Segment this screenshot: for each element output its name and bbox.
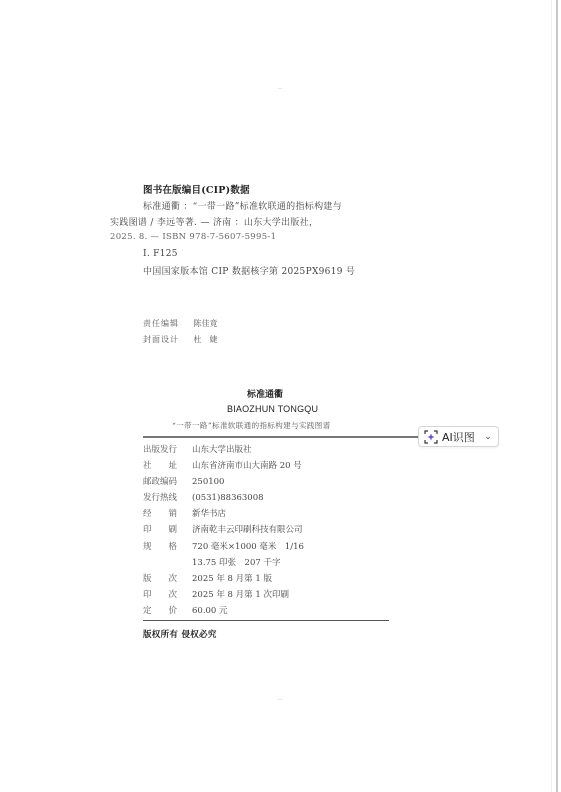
info-label: 规 格 xyxy=(143,540,192,552)
book-title-text: 标准通衢 xyxy=(247,387,283,400)
info-value: 720 毫米×1000 毫米 1/16 xyxy=(192,540,304,552)
chevron-down-icon[interactable]: ⌄ xyxy=(481,432,495,442)
credit-cover-design: 封面设计 杜 婕 xyxy=(143,334,218,345)
info-value: (0531)88363008 xyxy=(192,493,264,503)
info-value: 2025 年 8 月第 1 版 xyxy=(192,572,272,584)
ai-image-recognition-button[interactable]: AI识图 ⌄ xyxy=(418,426,499,447)
info-value: 2025 年 8 月第 1 次印刷 xyxy=(192,588,289,600)
info-label: 邮政编码 xyxy=(143,475,192,487)
info-row: 邮政编码250100 xyxy=(143,475,224,487)
info-row: 规 格720 毫米×1000 毫米 1/16 xyxy=(143,540,304,552)
info-value: 山东省济南市山大南路 20 号 xyxy=(192,459,302,471)
cip-line: 2025. 8. — ISBN 978-7-5607-5995-1 xyxy=(110,232,276,242)
cip-line: 实践图谱 / 李远等著. — 济南 ：山东大学出版社， xyxy=(110,215,318,228)
credit-label: 封面设计 xyxy=(143,334,191,345)
info-row: 发行热线(0531)88363008 xyxy=(143,491,264,503)
info-value: 新华书店 xyxy=(192,507,226,519)
cip-line: 标准通衢 ：“一带一路”标准软联通的指标构建与 xyxy=(143,199,342,212)
info-label: 经 销 xyxy=(143,507,192,519)
ai-scan-icon xyxy=(424,430,438,444)
credit-value: 陈佳竟 xyxy=(194,319,218,328)
divider-bottom xyxy=(143,620,389,621)
copyright-notice: 版权所有 侵权必究 xyxy=(143,628,217,640)
info-row: 出版发行山东大学出版社 xyxy=(143,443,252,455)
book-subtitle: “一带一路”标准软联通的指标构建与实践图谱 xyxy=(172,420,331,431)
credit-editor: 责任编辑 陈佳竟 xyxy=(143,318,218,329)
info-row: 社 址山东省济南市山大南路 20 号 xyxy=(143,459,302,471)
info-row: 版 次2025 年 8 月第 1 版 xyxy=(143,572,272,584)
info-label: 社 址 xyxy=(143,459,192,471)
info-value: 250100 xyxy=(192,477,224,487)
info-label: 印 刷 xyxy=(143,523,192,535)
info-row: 印 刷济南乾丰云印刷科技有限公司 xyxy=(143,523,303,535)
info-value: 60.00 元 xyxy=(192,604,228,616)
info-label: 定 价 xyxy=(143,604,192,616)
page-mark xyxy=(278,88,282,89)
info-label: 发行热线 xyxy=(143,491,192,503)
page-mark xyxy=(278,699,282,700)
book-title: 标准通衢 xyxy=(0,387,530,400)
credit-value: 杜 婕 xyxy=(194,335,218,344)
info-value: 山东大学出版社 xyxy=(192,443,252,455)
info-value: 13.75 印张 207 千字 xyxy=(192,556,280,568)
book-pinyin: BIAOZHUN TONGQU xyxy=(227,404,318,414)
scrollbar-track[interactable] xyxy=(556,0,561,792)
info-label: 印 次 xyxy=(143,588,192,600)
info-row: 定 价60.00 元 xyxy=(143,604,228,616)
info-label: 出版发行 xyxy=(143,443,192,455)
credit-label: 责任编辑 xyxy=(143,318,191,329)
ai-button-label: AI识图 xyxy=(442,429,481,445)
info-row: 经 销新华书店 xyxy=(143,507,226,519)
info-label: 版 次 xyxy=(143,572,192,584)
cip-line: 中国国家版本馆 CIP 数据核字第 2025PX9619 号 xyxy=(143,264,355,277)
document-page: 图书在版编目(CIP)数据 标准通衢 ：“一带一路”标准软联通的指标构建与 实践… xyxy=(0,0,556,792)
divider-top xyxy=(143,436,418,438)
info-value: 济南乾丰云印刷科技有限公司 xyxy=(192,523,303,535)
cip-line: Ⅰ. F125 xyxy=(143,249,178,259)
page-edge xyxy=(551,0,552,792)
info-row: 13.75 印张 207 千字 xyxy=(143,556,280,568)
info-row: 印 次2025 年 8 月第 1 次印刷 xyxy=(143,588,289,600)
cip-heading: 图书在版编目(CIP)数据 xyxy=(143,182,250,196)
